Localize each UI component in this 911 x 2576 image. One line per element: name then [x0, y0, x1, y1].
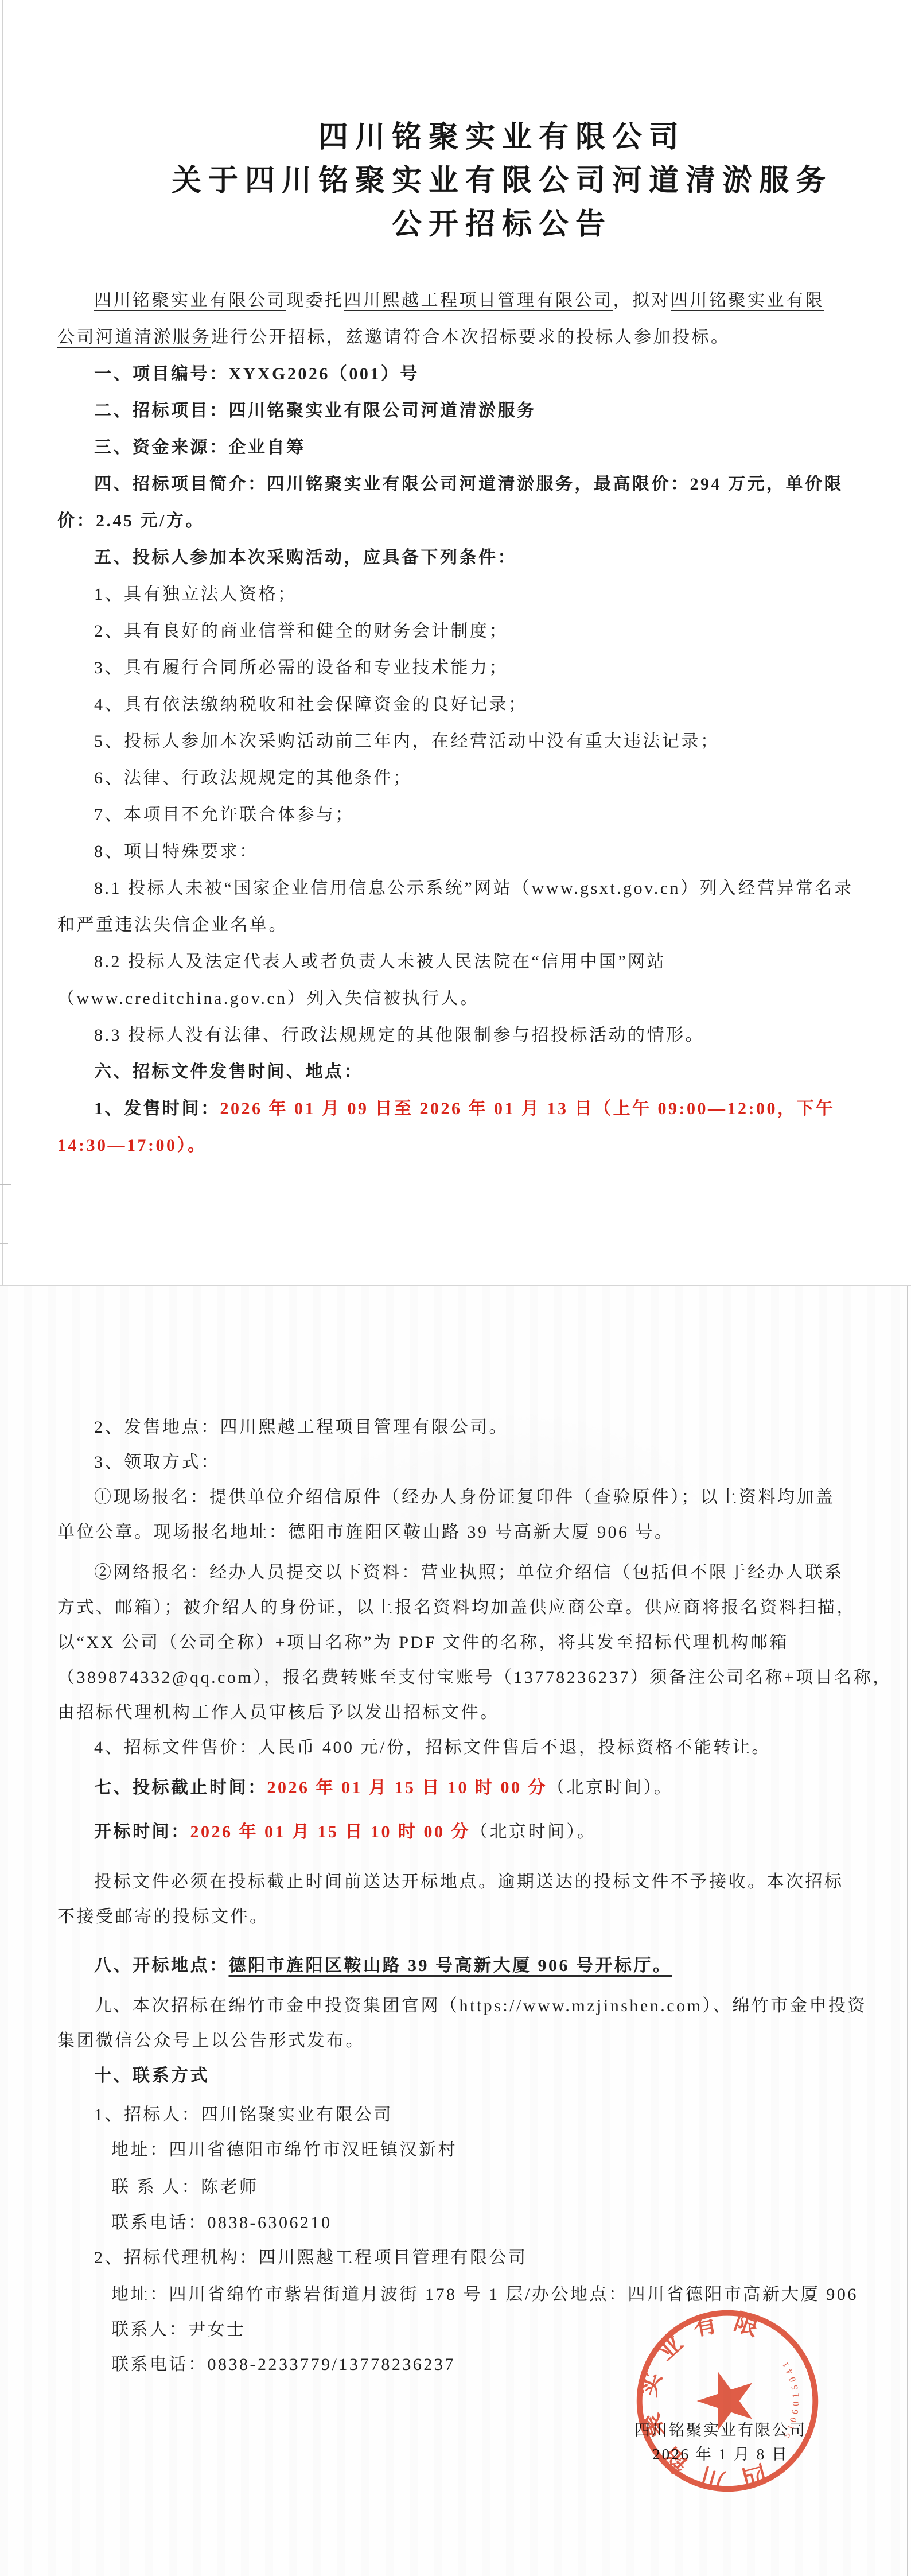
page1-line-15: 7、本项目不允许联合体参与；: [57, 797, 885, 833]
text-segment: 和严重违法失信企业名单。: [57, 915, 288, 934]
page1-line-5: 三、资金来源：企业自筹: [57, 429, 885, 466]
text-segment: 1、具有独立法人资格；: [94, 585, 297, 604]
signature-company: 四川铭聚实业有限公司: [634, 2418, 807, 2442]
page1-line-21: 8.3 投标人没有法律、行政法规规定的其他限制参与招投标活动的情形。: [57, 1017, 885, 1054]
page2-line-24: 地址：四川省绵竹市紫岩街道月波街 178 号 1 层/办公地点：四川省德阳市高新…: [57, 2277, 885, 2312]
page2-line-1: 2、发售地点：四川熙越工程项目管理有限公司。: [57, 1410, 885, 1445]
page1-line-19: 8.2 投标人及法定代表人或者负责人未被人民法院在“信用中国”网站: [57, 944, 885, 980]
text-segment: 四川铭聚实业有限公司: [94, 291, 286, 310]
text-segment: 六、招标文件发售时间、地点：: [94, 1062, 363, 1081]
page1-line-1: 四川铭聚实业有限公司现委托四川熙越工程项目管理有限公司，拟对四川铭聚实业有限: [57, 282, 885, 319]
page1-line-4: 二、招标项目：四川铭聚实业有限公司河道清淤服务: [57, 393, 885, 429]
page2-line-26: 联系电话：0838-2233779/13778236237: [57, 2347, 885, 2382]
page2-line-6: 方式、邮箱）；被介绍人的身份证，以上报名资料均加盖供应商公章。供应商将报名资料扫…: [57, 1590, 885, 1625]
text-segment: 8.2 投标人及法定代表人或者负责人未被人民法院在“信用中国”网站: [94, 952, 666, 971]
scan-edge-artifact: [907, 1286, 908, 2576]
page2-line-16: 九、本次招标在绵竹市金申投资集团官网（https://www.mzjinshen…: [57, 1988, 885, 2023]
page2-line-25: 联系人：尹女士: [57, 2312, 885, 2347]
text-segment: 二、招标项目：四川铭聚实业有限公司河道清淤服务: [94, 401, 536, 420]
text-segment: 由招标代理机构工作人员审核后予以发出招标文件。: [57, 1703, 500, 1722]
page2-line-15: 八、开标地点：德阳市旌阳区鞍山路 39 号高新大厦 906 号开标厅。: [57, 1948, 885, 1983]
page1-line-20: （www.creditchina.gov.cn）列入失信被执行人。: [57, 980, 885, 1017]
page2-line-17: 集团微信公众号上以公告形式发布。: [57, 2023, 885, 2058]
text-segment: （北京时间）。: [547, 1778, 673, 1797]
page1-line-16: 8、项目特殊要求：: [57, 833, 885, 870]
text-segment: 集团微信公众号上以公告形式发布。: [57, 2031, 365, 2050]
page2-line-19: 1、招标人：四川铭聚实业有限公司: [57, 2097, 885, 2132]
text-segment: 公司河道清淤服务: [57, 328, 211, 347]
page1-line-18: 和严重违法失信企业名单。: [57, 907, 885, 944]
text-segment: 2026 年 01 月 15 日 10 时 00 分: [190, 1822, 471, 1841]
text-segment: （北京时间）。: [470, 1822, 597, 1841]
scan-tick-artifact: [0, 1184, 11, 1185]
text-segment: 2、发售地点：四川熙越工程项目管理有限公司。: [94, 1418, 508, 1437]
text-segment: ，拟对: [613, 291, 671, 310]
page1-body: 四川铭聚实业有限公司现委托四川熙越工程项目管理有限公司，拟对四川铭聚实业有限公司…: [57, 0, 885, 1164]
text-segment: 投标文件必须在投标截止时间前送达开标地点。逾期送达的投标文件不予接收。本次招标: [94, 1872, 844, 1891]
page1-line-14: 6、法律、行政法规规定的其他条件；: [57, 760, 885, 797]
page2-line-18: 十、联系方式: [57, 2058, 885, 2093]
page2-line-3: ①现场报名：提供单位介绍信原件（经办人身份证复印件（查验原件）；以上资料均加盖: [57, 1480, 885, 1515]
page2-body: 2、发售地点：四川熙越工程项目管理有限公司。3、领取方式：①现场报名：提供单位介…: [57, 1286, 885, 2382]
text-segment: 九、本次招标在绵竹市金申投资集团官网（https://www.mzjinshen…: [94, 1996, 867, 2015]
signature-block: 四川铭聚实业有限公司 2026 年 1 月 8 日: [634, 2418, 807, 2466]
page2-line-22: 联系电话：0838-6306210: [57, 2205, 885, 2240]
page2-line-14: 不接受邮寄的投标文件。: [57, 1899, 885, 1934]
text-segment: 八、开标地点：: [94, 1956, 229, 1975]
text-segment: 8.1 投标人未被“国家企业信用信息公示系统”网站（www.gsxt.gov.c…: [94, 879, 854, 898]
page1-line-7: 价：2.45 元/方。: [57, 503, 885, 540]
page1-line-12: 4、具有依法缴纳税收和社会保障资金的良好记录；: [57, 686, 885, 723]
text-segment: 德阳市旌阳区鞍山路 39 号高新大厦 906 号开标厅。: [229, 1956, 672, 1975]
text-segment: 单位公章。现场报名地址：德阳市旌阳区鞍山路 39 号高新大厦 906 号。: [57, 1523, 674, 1542]
text-segment: 2026 年 01 月 15 日 10 时 00 分: [267, 1778, 548, 1797]
text-segment: （389874332@qq.com），报名费转账至支付宝账号（137782362…: [57, 1668, 892, 1687]
text-segment: 价：2.45 元/方。: [57, 511, 205, 530]
page2-line-13: 投标文件必须在投标截止时间前送达开标地点。逾期送达的投标文件不予接收。本次招标: [57, 1864, 885, 1899]
page-2: 2、发售地点：四川熙越工程项目管理有限公司。3、领取方式：①现场报名：提供单位介…: [0, 1286, 911, 2576]
text-segment: 2、具有良好的商业信誉和健全的财务会计制度；: [94, 622, 508, 641]
text-segment: 8、项目特殊要求：: [94, 842, 259, 861]
text-segment: 地址：四川省绵竹市紫岩街道月波街 178 号 1 层/办公地点：四川省德阳市高新…: [111, 2285, 858, 2304]
text-segment: 三、资金来源：企业自筹: [94, 438, 306, 457]
text-segment: 方式、邮箱）；被介绍人的身份证，以上报名资料均加盖供应商公章。供应商将报名资料扫…: [57, 1598, 856, 1617]
page2-line-20: 地址：四川省德阳市绵竹市汉旺镇汉新村: [57, 2132, 885, 2167]
text-segment: 进行公开招标，兹邀请符合本次招标要求的投标人参加投标。: [211, 328, 730, 347]
page1-line-10: 2、具有良好的商业信誉和健全的财务会计制度；: [57, 613, 885, 650]
page2-line-8: （389874332@qq.com），报名费转账至支付宝账号（137782362…: [57, 1660, 885, 1695]
page2-line-9: 由招标代理机构工作人员审核后予以发出招标文件。: [57, 1695, 885, 1730]
text-segment: 四、招标项目简介：四川铭聚实业有限公司河道清淤服务，最高限价：294 万元，单价…: [94, 475, 843, 494]
page1-line-17: 8.1 投标人未被“国家企业信用信息公示系统”网站（www.gsxt.gov.c…: [57, 870, 885, 907]
text-segment: 四川铭聚实业有限: [671, 291, 824, 310]
text-segment: （www.creditchina.gov.cn）列入失信被执行人。: [57, 989, 480, 1008]
text-segment: 现委托: [286, 291, 344, 310]
text-segment: 1、招标人：四川铭聚实业有限公司: [94, 2105, 393, 2124]
text-segment: 联 系 人：陈老师: [111, 2178, 259, 2197]
page1-line-24: 14:30—17:00）。: [57, 1127, 885, 1164]
text-segment: 十、联系方式: [94, 2066, 209, 2085]
page2-line-23: 2、招标代理机构：四川熙越工程项目管理有限公司: [57, 2240, 885, 2275]
page2-line-11: 七、投标截止时间：2026 年 01 月 15 日 10 时 00 分（北京时间…: [57, 1770, 885, 1805]
text-segment: 4、招标文件售价：人民币 400 元/份，招标文件售后不退，投标资格不能转让。: [94, 1738, 771, 1757]
page1-line-11: 3、具有履行合同所必需的设备和专业技术能力；: [57, 650, 885, 686]
text-segment: 1、发售时间：: [94, 1099, 220, 1118]
page1-line-13: 5、投标人参加本次采购活动前三年内，在经营活动中没有重大违法记录；: [57, 723, 885, 760]
text-segment: 3、具有履行合同所必需的设备和专业技术能力；: [94, 658, 508, 677]
text-segment: 五、投标人参加本次采购活动，应具备下列条件：: [94, 548, 517, 567]
page1-line-2: 公司河道清淤服务进行公开招标，兹邀请符合本次招标要求的投标人参加投标。: [57, 319, 885, 356]
text-segment: 七、投标截止时间：: [94, 1778, 267, 1797]
scanned-bid-announcement: { "document": { "colors": { "red_text": …: [0, 0, 911, 2576]
text-segment: ②网络报名：经办人员提交以下资料：营业执照；单位介绍信（包括但不限于经办人联系: [94, 1563, 844, 1582]
page1-line-22: 六、招标文件发售时间、地点：: [57, 1054, 885, 1091]
text-segment: 联系电话：0838-2233779/13778236237: [111, 2355, 455, 2374]
text-segment: 地址：四川省德阳市绵竹市汉旺镇汉新村: [111, 2140, 457, 2159]
signature-date: 2026 年 1 月 8 日: [634, 2442, 807, 2466]
page2-line-21: 联 系 人：陈老师: [57, 2170, 885, 2205]
text-segment: 不接受邮寄的投标文件。: [57, 1907, 269, 1926]
page1-line-3: 一、项目编号：XYXG2026（001）号: [57, 356, 885, 393]
page-1: 四川铭聚实业有限公司 关于四川铭聚实业有限公司河道清淤服务 公开招标公告 四川铭…: [0, 0, 911, 1286]
text-segment: 8.3 投标人没有法律、行政法规规定的其他限制参与招投标活动的情形。: [94, 1026, 704, 1045]
text-segment: 联系电话：0838-6306210: [111, 2213, 332, 2232]
page1-line-8: 五、投标人参加本次采购活动，应具备下列条件：: [57, 540, 885, 576]
text-segment: 2026 年 01 月 09 日至 2026 年 01 月 13 日（上午 09…: [220, 1099, 835, 1118]
page2-line-2: 3、领取方式：: [57, 1445, 885, 1480]
text-segment: 2、招标代理机构：四川熙越工程项目管理有限公司: [94, 2248, 528, 2267]
text-segment: 以“XX 公司（公司全称）+项目名称”为 PDF 文件的名称，将其发至招标代理机…: [57, 1633, 789, 1652]
page2-line-10: 4、招标文件售价：人民币 400 元/份，招标文件售后不退，投标资格不能转让。: [57, 1730, 885, 1765]
page1-line-9: 1、具有独立法人资格；: [57, 576, 885, 613]
text-segment: 联系人：尹女士: [111, 2320, 246, 2339]
page2-line-4: 单位公章。现场报名地址：德阳市旌阳区鞍山路 39 号高新大厦 906 号。: [57, 1515, 885, 1550]
text-segment: ①现场报名：提供单位介绍信原件（经办人身份证复印件（查验原件）；以上资料均加盖: [94, 1488, 835, 1507]
scan-tick-artifact: [0, 1243, 8, 1244]
page2-line-7: 以“XX 公司（公司全称）+项目名称”为 PDF 文件的名称，将其发至招标代理机…: [57, 1625, 885, 1660]
text-segment: 7、本项目不允许联合体参与；: [94, 805, 355, 824]
page1-line-23: 1、发售时间：2026 年 01 月 09 日至 2026 年 01 月 13 …: [57, 1091, 885, 1127]
text-segment: 四川熙越工程项目管理有限公司: [344, 291, 613, 310]
text-segment: 3、领取方式：: [94, 1453, 220, 1472]
page2-line-12: 开标时间：2026 年 01 月 15 日 10 时 00 分（北京时间）。: [57, 1814, 885, 1849]
page2-line-5: ②网络报名：经办人员提交以下资料：营业执照；单位介绍信（包括但不限于经办人联系: [57, 1555, 885, 1590]
text-segment: 14:30—17:00）。: [57, 1136, 207, 1155]
text-segment: 4、具有依法缴纳税收和社会保障资金的良好记录；: [94, 695, 528, 714]
text-segment: 5、投标人参加本次采购活动前三年内，在经营活动中没有重大违法记录；: [94, 732, 720, 751]
text-segment: 6、法律、行政法规规定的其他条件；: [94, 769, 412, 787]
text-segment: 开标时间：: [94, 1822, 190, 1841]
text-segment: 一、项目编号：XYXG2026（001）号: [94, 364, 419, 383]
page1-line-6: 四、招标项目简介：四川铭聚实业有限公司河道清淤服务，最高限价：294 万元，单价…: [57, 466, 885, 503]
